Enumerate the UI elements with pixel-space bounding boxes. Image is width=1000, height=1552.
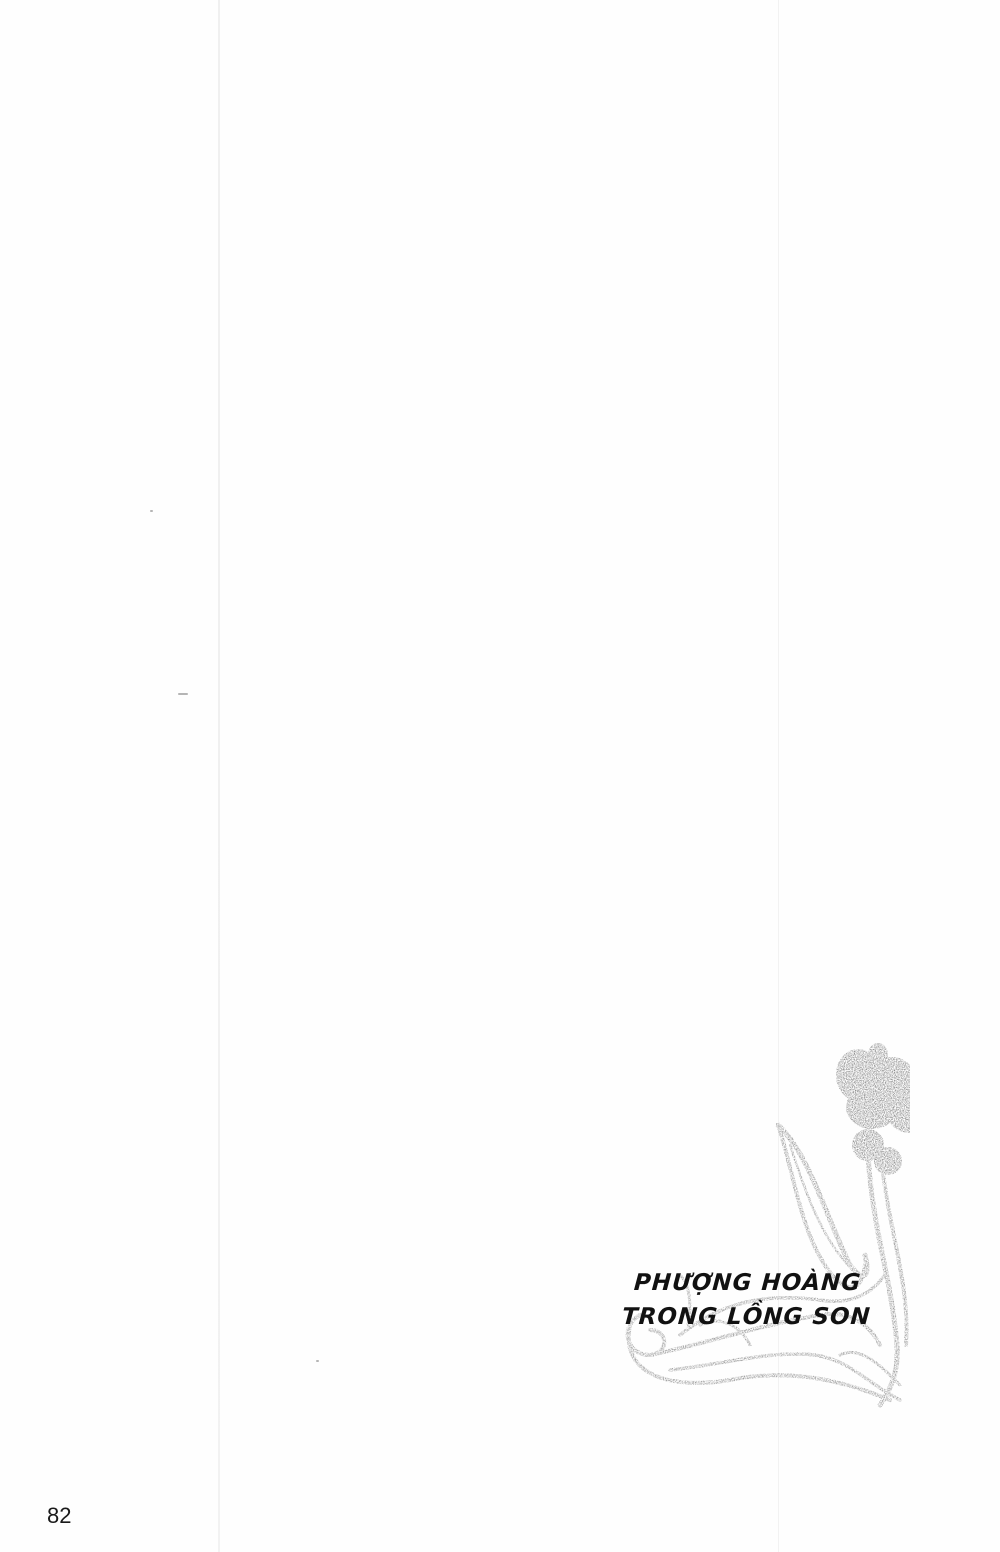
scan-speck	[150, 510, 153, 512]
title-line-1: PHƯỢNG HOÀNG	[633, 1266, 883, 1300]
scan-speck	[178, 693, 188, 695]
book-page: PHƯỢNG HOÀNG TRONG LỒNG SON 82	[0, 0, 1000, 1552]
scan-speck	[316, 1360, 319, 1362]
scan-fold-line	[218, 0, 220, 1552]
lotus-flower-ornament-icon	[610, 1025, 910, 1415]
title-block: PHƯỢNG HOÀNG TRONG LỒNG SON	[622, 1266, 882, 1334]
title-line-2: TRONG LỒNG SON	[621, 1300, 883, 1334]
page-number: 82	[47, 1503, 71, 1529]
